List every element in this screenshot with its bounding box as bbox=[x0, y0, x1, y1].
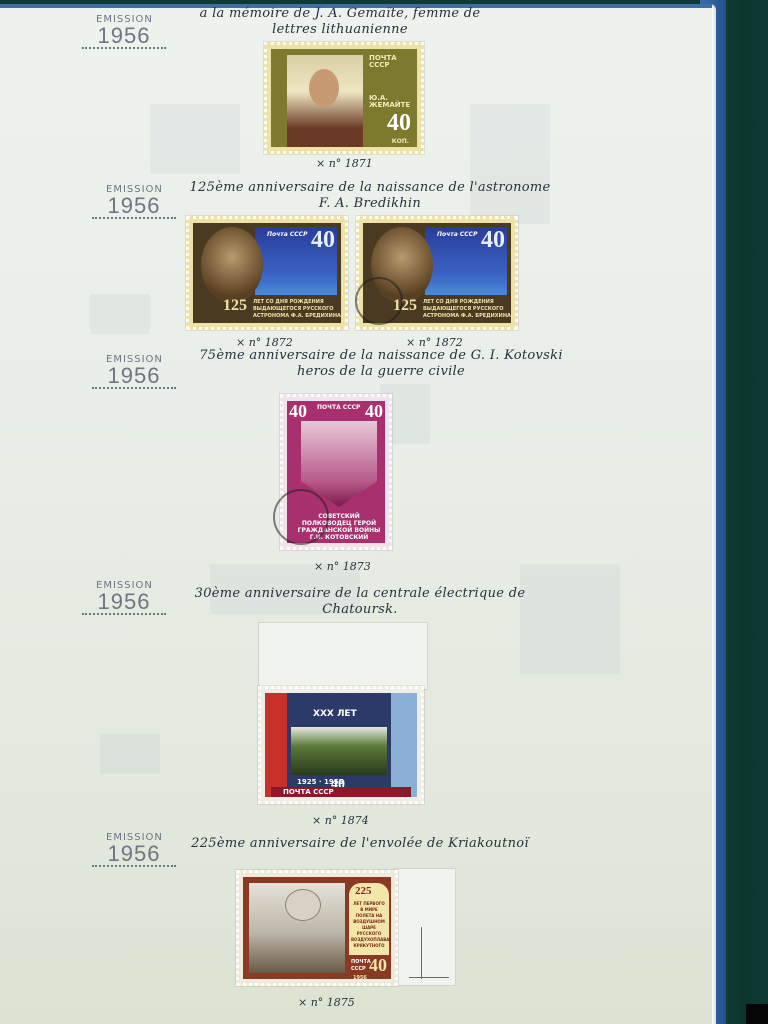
show-through bbox=[100, 734, 160, 774]
album-page: EMISSION 1956 a la mémoire de J. A. Gema… bbox=[0, 4, 712, 1024]
caption-line: 125ème anniversaire de la naissance de l… bbox=[170, 180, 570, 196]
stamp-1872-b: Почта СССР 40 125 ЛЕТ СО ДНЯ РОЖДЕНИЯ ВЫ… bbox=[356, 216, 518, 330]
caption-line: lettres lithuanienne bbox=[150, 22, 530, 38]
catalog-number: × n° 1875 bbox=[298, 996, 355, 1009]
emission-stamp: EMISSION 1956 bbox=[106, 184, 162, 219]
stamp-inscription: ЛЕТ СО ДНЯ РОЖДЕНИЯ ВЫДАЮЩЕГОСЯ РУССКОГО… bbox=[423, 299, 511, 320]
stamp-country: Почта СССР bbox=[267, 231, 308, 238]
sheet-margin bbox=[258, 622, 428, 690]
caption-line: Chatoursk. bbox=[160, 602, 560, 618]
background-shadow bbox=[746, 1004, 768, 1024]
show-through bbox=[90, 294, 150, 334]
emission-year: 1956 bbox=[106, 365, 162, 387]
section-caption: 75ème anniversaire de la naissance de G.… bbox=[176, 348, 586, 380]
emission-year: 1956 bbox=[96, 25, 152, 47]
stamp-1872-a: Почта СССР 40 125 ЛЕТ СО ДНЯ РОЖДЕНИЯ ВЫ… bbox=[186, 216, 348, 330]
stamp-inscription: Ю.А. ЖЕМАЙТЕ bbox=[369, 95, 417, 109]
stamp-inscription: ЛЕТ ПЕРВОГО В МИРЕ ПОЛЕТА НА ВОЗДУШНОМ Ш… bbox=[351, 901, 387, 949]
portrait bbox=[287, 55, 363, 147]
portrait bbox=[201, 227, 263, 303]
stamp-denomination: 40 bbox=[289, 401, 307, 422]
stamp-denomination: 40 bbox=[369, 955, 387, 976]
emission-stamp: EMISSION 1956 bbox=[106, 354, 162, 389]
power-plant bbox=[291, 727, 387, 775]
caption-line: heros de la guerre civile bbox=[176, 364, 586, 380]
balloon-scene bbox=[249, 883, 345, 973]
stamp-denomination: 40 bbox=[311, 227, 335, 254]
emission-year: 1956 bbox=[106, 195, 162, 217]
stamp-1874: XXX ЛЕТ 1925 · 1955 40 ПОЧТА СССР bbox=[258, 686, 424, 804]
stamp-country: ПОЧТА СССР bbox=[283, 789, 334, 796]
stamp-banner: XXX ЛЕТ bbox=[313, 711, 357, 718]
caption-line: a la mémoire de J. A. Gemaïte, femme de bbox=[150, 6, 530, 22]
stamp-country: ПОЧТА СССР bbox=[317, 404, 360, 411]
stamp-1871: ПОЧТА СССР Ю.А. ЖЕМАЙТЕ 40 КОП. bbox=[264, 42, 424, 154]
stamp-inscription: ЛЕТ СО ДНЯ РОЖДЕНИЯ ВЫДАЮЩЕГОСЯ РУССКОГО… bbox=[253, 299, 341, 320]
blue-banner bbox=[391, 693, 417, 797]
show-through bbox=[520, 564, 620, 674]
catalog-number: × n° 1871 bbox=[316, 157, 373, 170]
stamp-country: ПОЧТА СССР bbox=[351, 959, 371, 973]
emission-stamp: EMISSION 1956 bbox=[96, 580, 152, 615]
caption-line: 225ème anniversaire de l'envolée de Kria… bbox=[160, 836, 560, 852]
stamp-denomination: 40 bbox=[365, 401, 383, 422]
section-caption: 125ème anniversaire de la naissance de l… bbox=[170, 180, 570, 212]
sheet-margin bbox=[394, 868, 456, 986]
caption-line: F. A. Bredikhin bbox=[170, 196, 570, 212]
stamp-unit: КОП. bbox=[392, 138, 409, 145]
red-banner bbox=[265, 693, 287, 797]
show-through bbox=[150, 104, 240, 174]
catalog-number: × n° 1874 bbox=[312, 814, 369, 827]
section-caption: 30ème anniversaire de la centrale électr… bbox=[160, 586, 560, 618]
catalog-number: × n° 1873 bbox=[314, 560, 371, 573]
postmark bbox=[273, 489, 329, 545]
caption-line: 30ème anniversaire de la centrale électr… bbox=[160, 586, 560, 602]
stamp-denomination: 40 bbox=[481, 227, 505, 254]
stamp-country: Почта СССР bbox=[437, 231, 478, 238]
section-caption: 225ème anniversaire de l'envolée de Kria… bbox=[160, 836, 560, 852]
emission-stamp: EMISSION 1956 bbox=[106, 832, 162, 867]
emission-year: 1956 bbox=[96, 591, 152, 613]
caption-line: 75ème anniversaire de la naissance de G.… bbox=[176, 348, 586, 364]
stamp-denomination: 40 bbox=[387, 110, 411, 137]
stamp-1873: 40 40 ПОЧТА СССР СОВЕТСКИЙ ПОЛКОВОДЕЦ ГЕ… bbox=[280, 394, 392, 550]
postmark bbox=[355, 277, 403, 325]
stamp-1875: 225 ЛЕТ ПЕРВОГО В МИРЕ ПОЛЕТА НА ВОЗДУШН… bbox=[236, 870, 398, 986]
stamp-year: 1956 bbox=[353, 975, 367, 979]
stamp-anniversary: 225 bbox=[355, 885, 372, 897]
emission-year: 1956 bbox=[106, 843, 162, 865]
emission-stamp: EMISSION 1956 bbox=[96, 14, 152, 49]
section-caption: a la mémoire de J. A. Gemaïte, femme de … bbox=[150, 6, 530, 38]
stamp-country: ПОЧТА СССР bbox=[369, 55, 417, 69]
stamp-anniversary: 125 bbox=[223, 297, 247, 315]
